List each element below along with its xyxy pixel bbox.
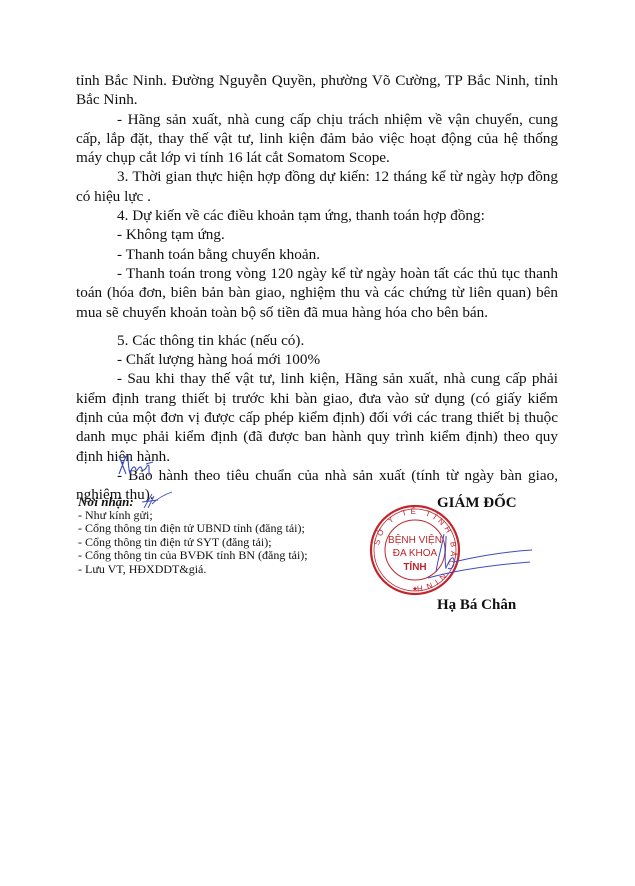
- recipient-item: - Như kính gửi;: [78, 509, 308, 523]
- paragraph-payment-within: - Thanh toán trong vòng 120 ngày kể từ n…: [76, 264, 558, 322]
- spacer: [76, 322, 558, 331]
- recipients-initials: [138, 490, 174, 512]
- recipient-item: - Cổng thông tin điện tử UBND tỉnh (đăng…: [78, 522, 308, 536]
- recipients-header: Nơi nhận:: [78, 495, 308, 509]
- initials-signature: [116, 452, 160, 480]
- paragraph-quality: - Chất lượng hàng hoá mới 100%: [76, 350, 558, 369]
- recipient-item: - Lưu VT, HĐXDDT&giá.: [78, 563, 308, 577]
- director-signature: [420, 528, 535, 586]
- director-name: Hạ Bá Chân: [437, 597, 516, 614]
- paragraph-manufacturer-responsibility: - Hãng sản xuất, nhà cung cấp chịu trách…: [76, 110, 558, 168]
- svg-text:★: ★: [412, 585, 418, 593]
- document-body: tỉnh Bắc Ninh. Đường Nguyễn Quyền, phườn…: [76, 71, 558, 505]
- recipients-block: Nơi nhận: - Như kính gửi; - Cổng thông t…: [78, 495, 308, 577]
- recipient-item: - Cổng thông tin điện tử SYT (đăng tải);: [78, 536, 308, 550]
- paragraph-bank-transfer: - Thanh toán bằng chuyển khoản.: [76, 245, 558, 264]
- paragraph-payment-terms-heading: 4. Dự kiến về các điều khoản tạm ứng, th…: [76, 206, 558, 225]
- paragraph-other-info: 5. Các thông tin khác (nếu có).: [76, 331, 558, 350]
- paragraph-no-advance: - Không tạm ứng.: [76, 225, 558, 244]
- recipient-item: - Cổng thông tin của BVĐK tỉnh BN (đăng …: [78, 549, 308, 563]
- document-page: tỉnh Bắc Ninh. Đường Nguyễn Quyền, phườn…: [0, 0, 635, 886]
- paragraph-address: tỉnh Bắc Ninh. Đường Nguyễn Quyền, phườn…: [76, 71, 558, 110]
- paragraph-contract-duration: 3. Thời gian thực hiện hợp đồng dự kiến:…: [76, 167, 558, 206]
